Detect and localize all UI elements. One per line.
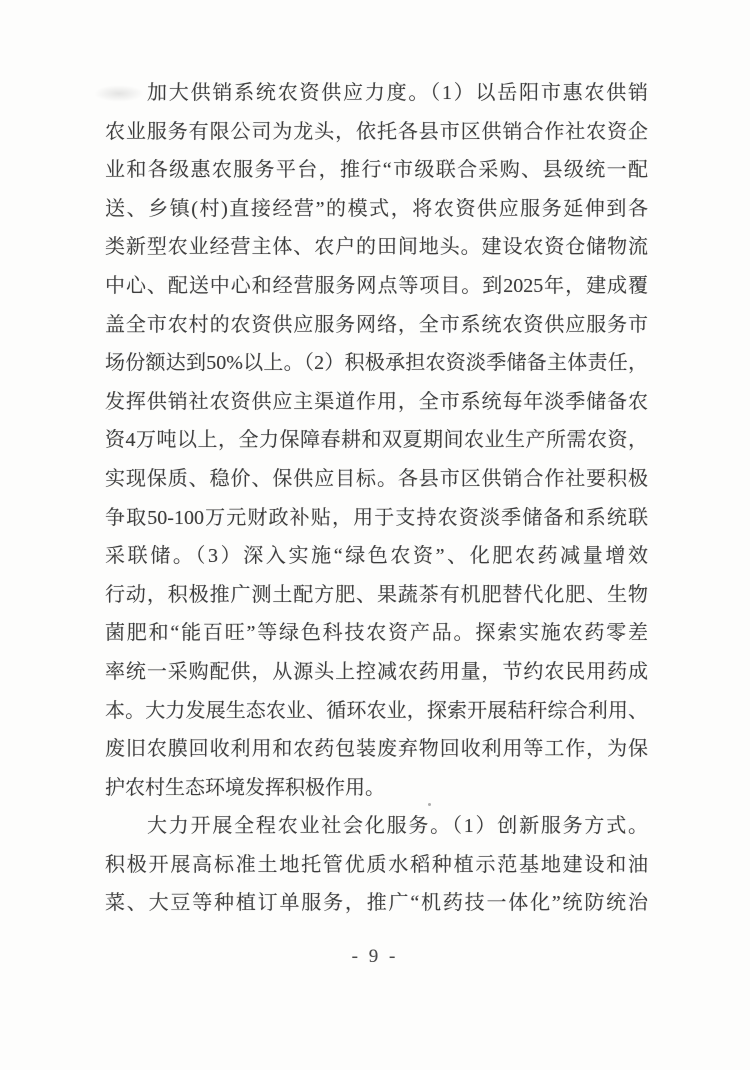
- text-line: 业和各级惠农服务平台，推行“市级联合采购、县级统一配: [105, 151, 648, 190]
- text-line: 护农村生态环境发挥积极作用。: [105, 769, 648, 808]
- page-number: - 9 -: [0, 946, 750, 968]
- document-page: 加大供销系统农资供应力度。（1）以岳阳市惠农供销 农业服务有限公司为龙头，依托各…: [0, 0, 750, 1070]
- text-line: 发挥供销社农资供应主渠道作用，全市系统每年淡季储备农: [105, 383, 648, 422]
- text-line: 争取50-100万元财政补贴，用于支持农资淡季储备和系统联: [105, 499, 648, 538]
- text-line: 菜、大豆等种植订单服务，推广“机药技一体化”统防统治: [105, 884, 648, 923]
- text-line: 废旧农膜回收利用和农药包装废弃物回收利用等工作，为保: [105, 730, 648, 769]
- scan-speck: [428, 803, 431, 806]
- text-line: 本。大力发展生态农业、循环农业，探索开展秸秆综合利用、: [105, 692, 648, 731]
- text-line: 场份额达到50%以上。（2）积极承担农资淡季储备主体责任，: [105, 344, 648, 383]
- text-line: 实现保质、稳价、保供应目标。各县市区供销合作社要积极: [105, 460, 648, 499]
- text-line: 菌肥和“能百旺”等绿色科技农资产品。探索实施农药零差: [105, 614, 648, 653]
- text-line: 类新型农业经营主体、农户的田间地头。建设农资仓储物流: [105, 228, 648, 267]
- text-line: 积极开展高标准土地托管优质水稻种植示范基地建设和油: [105, 846, 648, 885]
- text-line: 行动，积极推广测土配方肥、果蔬茶有机肥替代化肥、生物: [105, 576, 648, 615]
- text-line: 农业服务有限公司为龙头，依托各县市区供销合作社农资企: [105, 113, 648, 152]
- text-line: 率统一采购配供，从源头上控减农药用量，节约农民用药成: [105, 653, 648, 692]
- text-line: 资4万吨以上，全力保障春耕和双夏期间农业生产所需农资，: [105, 421, 648, 460]
- text-line: 采联储。（3）深入实施“绿色农资”、化肥农药减量增效: [105, 537, 648, 576]
- text-line: 加大供销系统农资供应力度。（1）以岳阳市惠农供销: [105, 74, 648, 113]
- document-body: 加大供销系统农资供应力度。（1）以岳阳市惠农供销 农业服务有限公司为龙头，依托各…: [105, 74, 648, 923]
- text-line: 中心、配送中心和经营服务网点等项目。到2025年，建成覆: [105, 267, 648, 306]
- text-line: 大力开展全程农业社会化服务。（1）创新服务方式。: [105, 807, 648, 846]
- text-line: 送、乡镇(村)直接经营”的模式，将农资供应服务延伸到各: [105, 190, 648, 229]
- text-line: 盖全市农村的农资供应服务网络，全市系统农资供应服务市: [105, 306, 648, 345]
